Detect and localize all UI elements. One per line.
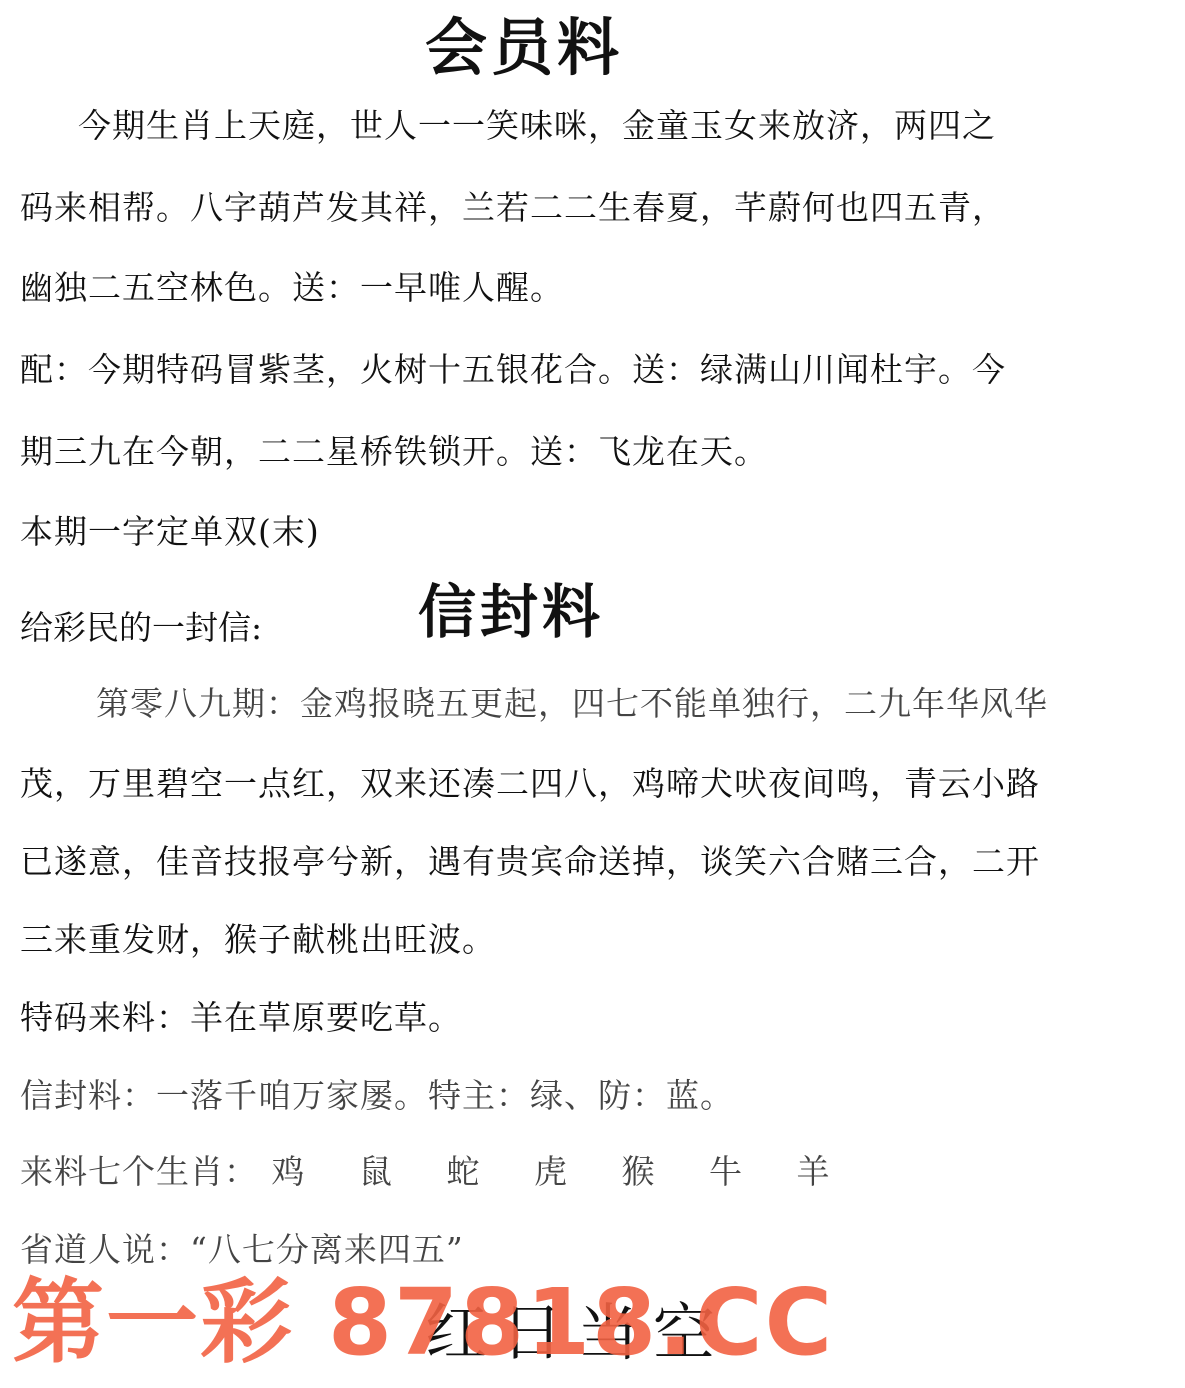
- member-text-line-2: 码来相帮。八字葫芦发其祥，兰若二二生春夏，芊蔚何也四五青，: [20, 186, 1006, 230]
- envelope-material-title: 信封料: [418, 576, 604, 648]
- member-text-line-4: 配：今期特码冒紫茎，火树十五银花合。送：绿满山川闻杜宇。今: [20, 348, 1006, 392]
- envelope-text-line-2: 茂，万里碧空一点红，双来还凑二四八，鸡啼犬吠夜间鸣，青云小路: [20, 762, 1040, 806]
- member-text-line-3: 幽独二五空林色。送：一早唯人醒。: [20, 266, 564, 310]
- special-code-material: 特码来料：羊在草原要吃草。: [20, 996, 462, 1040]
- zodiac-item: 蛇: [447, 1152, 502, 1191]
- envelope-text-line-4: 三来重发财，猴子献桃出旺波。: [20, 918, 496, 962]
- taoist-saying: 省道人说：“八七分离来四五”: [20, 1228, 464, 1272]
- zodiac-item: 虎: [534, 1152, 589, 1191]
- member-material-title: 会员料: [425, 8, 623, 88]
- zodiac-item: 猴: [622, 1152, 677, 1191]
- zodiac-list: 鸡 鼠 蛇 虎 猴 牛 羊: [272, 1152, 852, 1191]
- single-double-hint: 本期一字定单双(末): [20, 510, 320, 554]
- zodiac-item: 鼠: [359, 1152, 414, 1191]
- envelope-text-line-1: 第零八九期：金鸡报晓五更起，四七不能单独行，二九年华风华: [96, 682, 1048, 726]
- member-text-line-1: 今期生肖上天庭，世人一一笑味咪，金童玉女来放济，两四之: [78, 104, 996, 148]
- envelope-material-line: 信封料：一落千咱万家屡。特主：绿、防：蓝。: [20, 1074, 734, 1118]
- member-text-line-5: 期三九在今朝，二二星桥铁锁开。送：飞龙在天。: [20, 430, 768, 474]
- zodiac-item: 羊: [797, 1152, 852, 1191]
- zodiac-item: 牛: [709, 1152, 764, 1191]
- scanned-document-page: 会员料 今期生肖上天庭，世人一一笑味咪，金童玉女来放济，两四之 码来相帮。八字葫…: [0, 0, 1185, 1388]
- envelope-text-line-3: 已遂意，佳音技报亭兮新，遇有贵宾命送掉，谈笑六合赌三合，二开: [20, 840, 1040, 884]
- seven-zodiacs-row: 来料七个生肖： 鸡 鼠 蛇 虎 猴 牛 羊: [20, 1150, 852, 1194]
- site-watermark: 第一彩 87818.CC: [12, 1268, 834, 1378]
- seven-zodiacs-label: 来料七个生肖：: [20, 1152, 258, 1191]
- letter-to-players-label: 给彩民的一封信:: [20, 606, 262, 650]
- zodiac-item: 鸡: [272, 1152, 327, 1191]
